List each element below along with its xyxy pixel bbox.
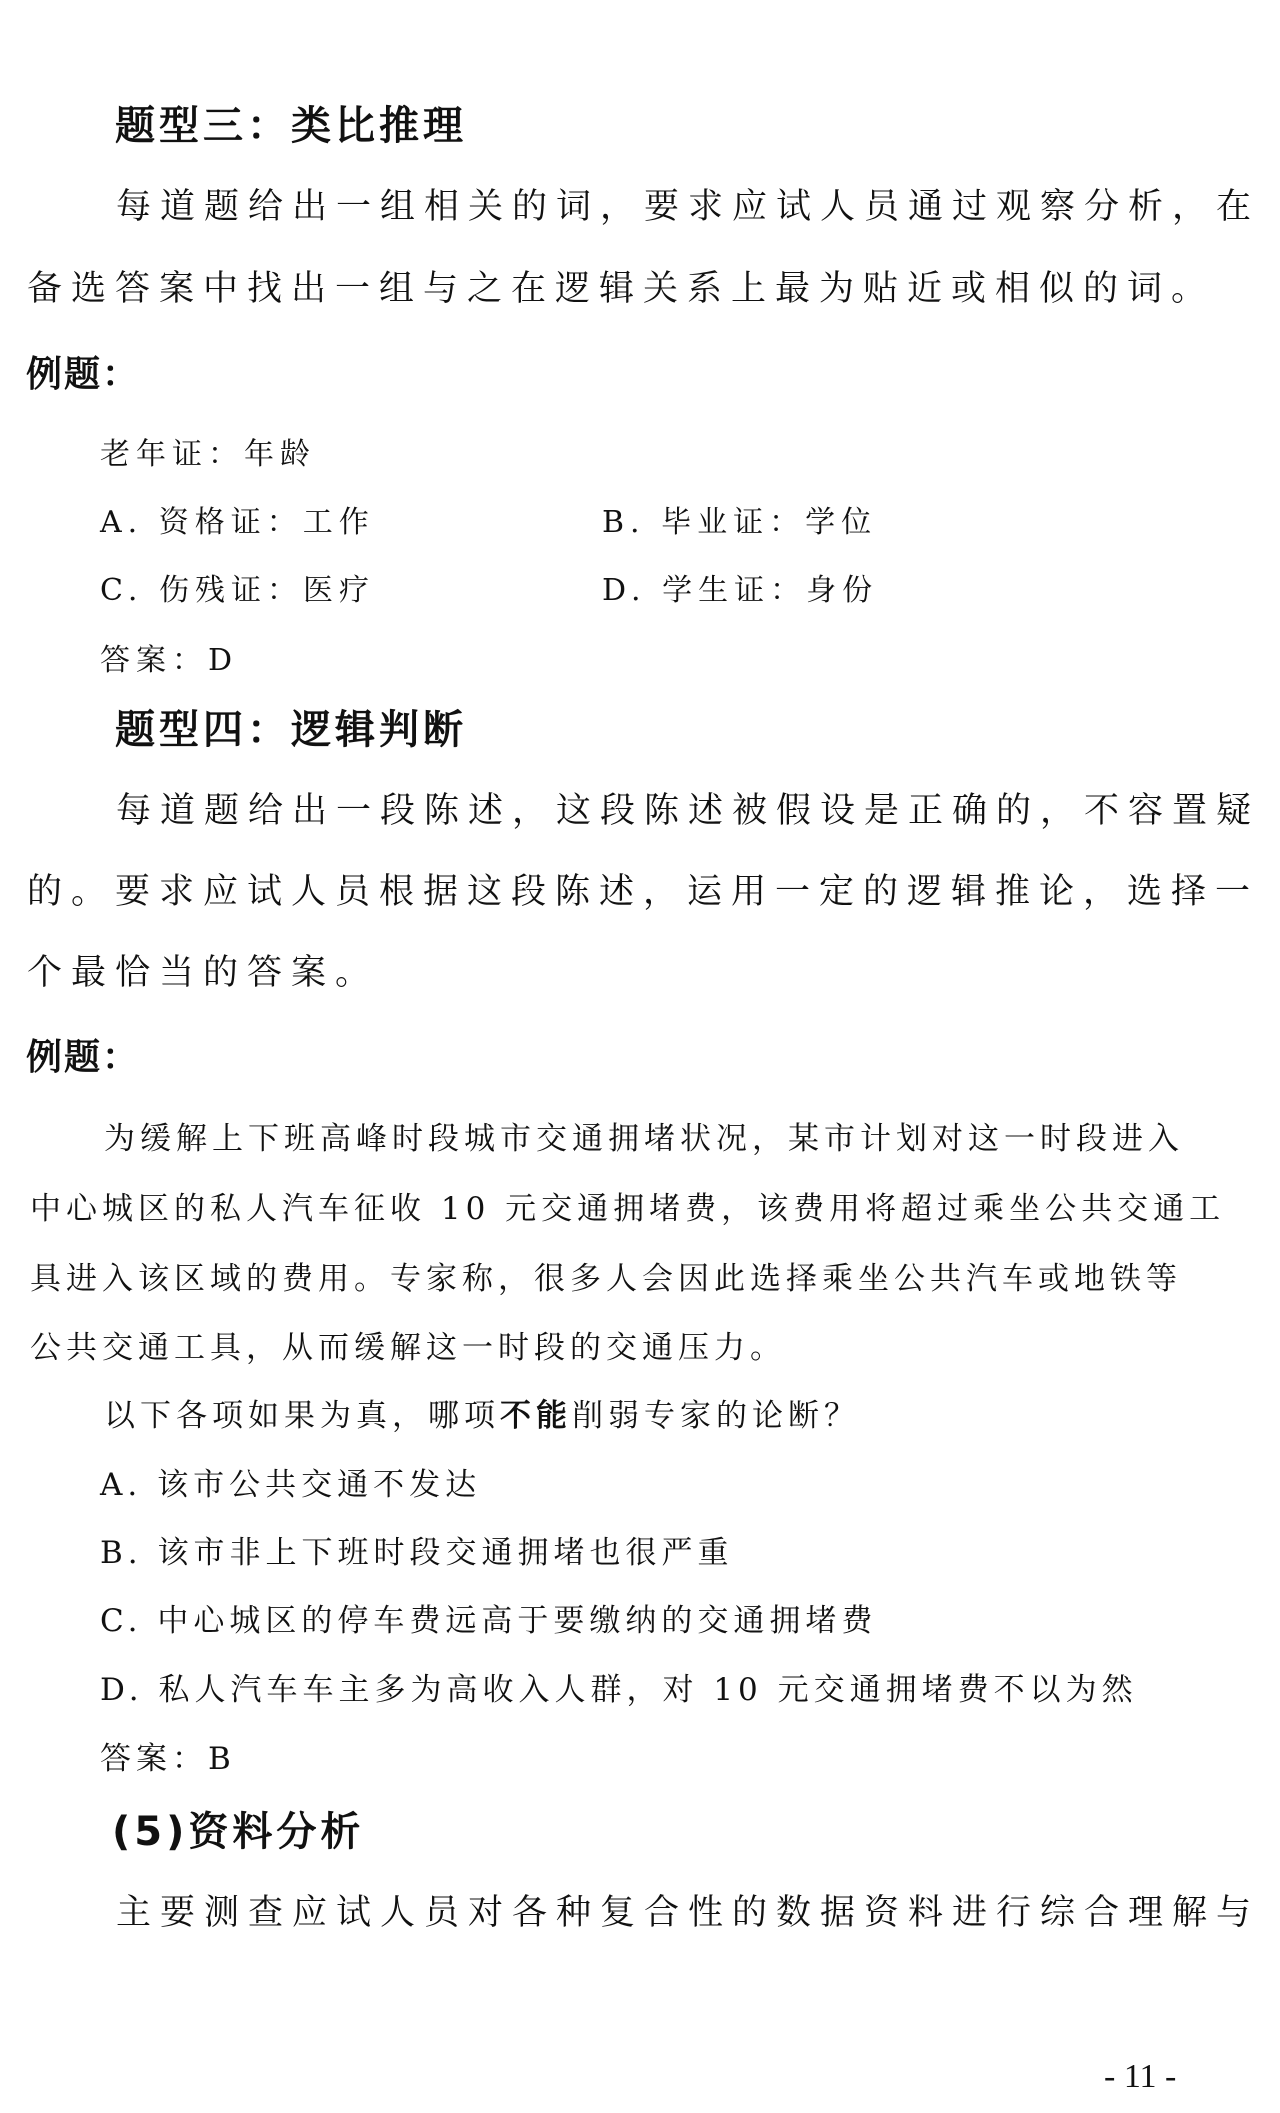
section3-option-d: D. 学生证：身份 [602,576,878,606]
section4-example-label: 例题： [26,1040,140,1076]
option-letter: A. [100,1467,142,1503]
section3-description-line-1: 每道题给出一组相关的词，要求应试人员通过观察分析，在 [116,190,1260,225]
section4-question: 以下各项如果为真，哪项不能削弱专家的论断？ [104,1401,860,1432]
option-letter: D. [100,1672,144,1708]
question-text-end: 削弱专家的论断？ [572,1398,860,1434]
section4-description-line-1: 每道题给出一段陈述，这段陈述被假设是正确的，不容置疑 [116,794,1260,829]
option-letter: B. [100,1535,143,1571]
page-number: - 11 - [1104,2058,1176,2096]
section3-heading: 题型三：类比推理 [115,106,467,146]
section4-heading: 题型四：逻辑判断 [115,710,467,750]
section3-option-a: A. 资格证：工作 [100,508,375,538]
section4-description-line-3: 个最恰当的答案。 [27,956,379,991]
question-emphasis: 不能 [500,1398,572,1434]
section5-description-line-1: 主要测查应试人员对各种复合性的数据资料进行综合理解与 [116,1896,1260,1931]
option-text: 毕业证：学位 [661,505,877,540]
section4-passage-line-3: 具进入该区域的费用。专家称，很多人会因此选择乘坐公共汽车或地铁等 [30,1264,1182,1295]
section4-passage-line-2: 中心城区的私人汽车征收 10 元交通拥堵费，该费用将超过乘坐公共交通工 [30,1194,1225,1225]
option-letter: C. [100,1603,142,1639]
section3-option-b: B. 毕业证：学位 [602,508,877,538]
section4-answer: 答案：B [100,1744,236,1775]
section3-option-c: C. 伤残证：医疗 [100,576,375,606]
option-text: 私人汽车车主多为高收入人群，对 10 元交通拥堵费不以为然 [158,1672,1137,1708]
section4-description-line-2: 的。要求应试人员根据这段陈述，运用一定的逻辑推论，选择一 [27,875,1259,910]
section4-passage-line-1: 为缓解上下班高峰时段城市交通拥堵状况，某市计划对这一时段进入 [104,1124,1184,1155]
section3-answer: 答案：D [100,646,238,676]
section4-option-b: B. 该市非上下班时段交通拥堵也很严重 [100,1538,734,1569]
section4-passage-line-4: 公共交通工具，从而缓解这一时段的交通压力。 [30,1333,786,1364]
section4-option-a: A. 该市公共交通不发达 [100,1470,481,1501]
option-text: 该市公共交通不发达 [157,1467,481,1503]
section3-example-label: 例题： [26,357,140,393]
option-text: 学生证：身份 [662,573,878,608]
question-text: 以下各项如果为真，哪项 [104,1398,500,1434]
option-letter: C. [100,573,143,608]
option-letter: D. [602,573,647,608]
option-letter: B. [602,505,646,540]
section3-example-stem: 老年证：年龄 [100,440,316,470]
option-text: 中心城区的停车费远高于要缴纳的交通拥堵费 [157,1603,877,1639]
section4-option-d: D. 私人汽车车主多为高收入人群，对 10 元交通拥堵费不以为然 [100,1675,1138,1706]
option-text: 伤残证：医疗 [159,573,375,608]
option-letter: A. [100,505,143,540]
section5-heading: (5)资料分析 [112,1812,364,1852]
option-text: 该市非上下班时段交通拥堵也很严重 [158,1535,734,1571]
section4-option-c: C. 中心城区的停车费远高于要缴纳的交通拥堵费 [100,1606,877,1637]
option-text: 资格证：工作 [159,505,375,540]
section3-description-line-2: 备选答案中找出一组与之在逻辑关系上最为贴近或相似的词。 [27,272,1215,307]
